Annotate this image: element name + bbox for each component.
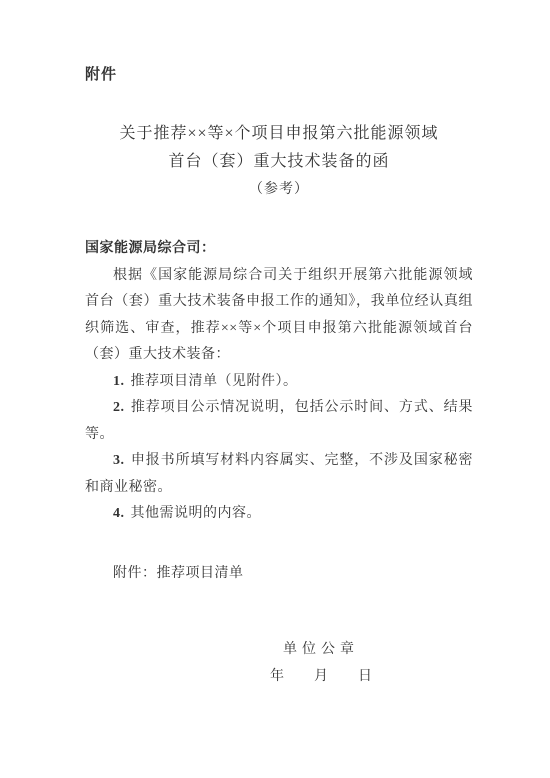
document-title-note: （参考） bbox=[85, 178, 473, 202]
list-item-1-text: 推荐项目清单（见附件）。 bbox=[131, 374, 298, 389]
document-title-block: 关于推荐××等×个项目申报第六批能源领域 首台（套）重大技术装备的函 （参考） bbox=[85, 120, 473, 202]
list-item-4-text: 其他需说明的内容。 bbox=[131, 506, 262, 521]
list-item-2: 2.推荐项目公示情况说明，包括公示时间、方式、结果等。 bbox=[85, 395, 473, 448]
list-item-2-text: 推荐项目公示情况说明，包括公示时间、方式、结果等。 bbox=[85, 400, 473, 442]
attachment-note: 附件：推荐项目清单 bbox=[85, 561, 473, 588]
seal-label: 单位公章 bbox=[226, 637, 416, 664]
list-item-1-number: 1. bbox=[113, 374, 125, 389]
date-day: 日 bbox=[358, 664, 372, 691]
attachment-label: 附件 bbox=[85, 66, 473, 84]
list-item-4-number: 4. bbox=[113, 506, 125, 521]
opening-paragraph: 根据《国家能源局综合司关于组织开展第六批能源领域首台（套）重大技术装备申报工作的… bbox=[85, 263, 473, 369]
list-item-1: 1.推荐项目清单（见附件）。 bbox=[85, 369, 473, 396]
list-item-3: 3.申报书所填写材料内容属实、完整，不涉及国家秘密和商业秘密。 bbox=[85, 448, 473, 501]
list-item-2-number: 2. bbox=[113, 400, 125, 415]
date-line: 年 月 日 bbox=[226, 664, 416, 691]
document-title-line-1: 关于推荐××等×个项目申报第六批能源领域 bbox=[85, 120, 473, 148]
salutation: 国家能源局综合司： bbox=[85, 236, 473, 263]
document-title-line-2: 首台（套）重大技术装备的函 bbox=[85, 148, 473, 176]
document-page: 附件 关于推荐××等×个项目申报第六批能源领域 首台（套）重大技术装备的函 （参… bbox=[0, 0, 550, 778]
date-year: 年 bbox=[270, 664, 284, 691]
date-month: 月 bbox=[314, 664, 328, 691]
list-item-3-number: 3. bbox=[113, 453, 125, 468]
signature-block: 单位公章 年 月 日 bbox=[226, 637, 416, 690]
list-item-4: 4.其他需说明的内容。 bbox=[85, 501, 473, 528]
list-item-3-text: 申报书所填写材料内容属实、完整，不涉及国家秘密和商业秘密。 bbox=[85, 453, 473, 495]
